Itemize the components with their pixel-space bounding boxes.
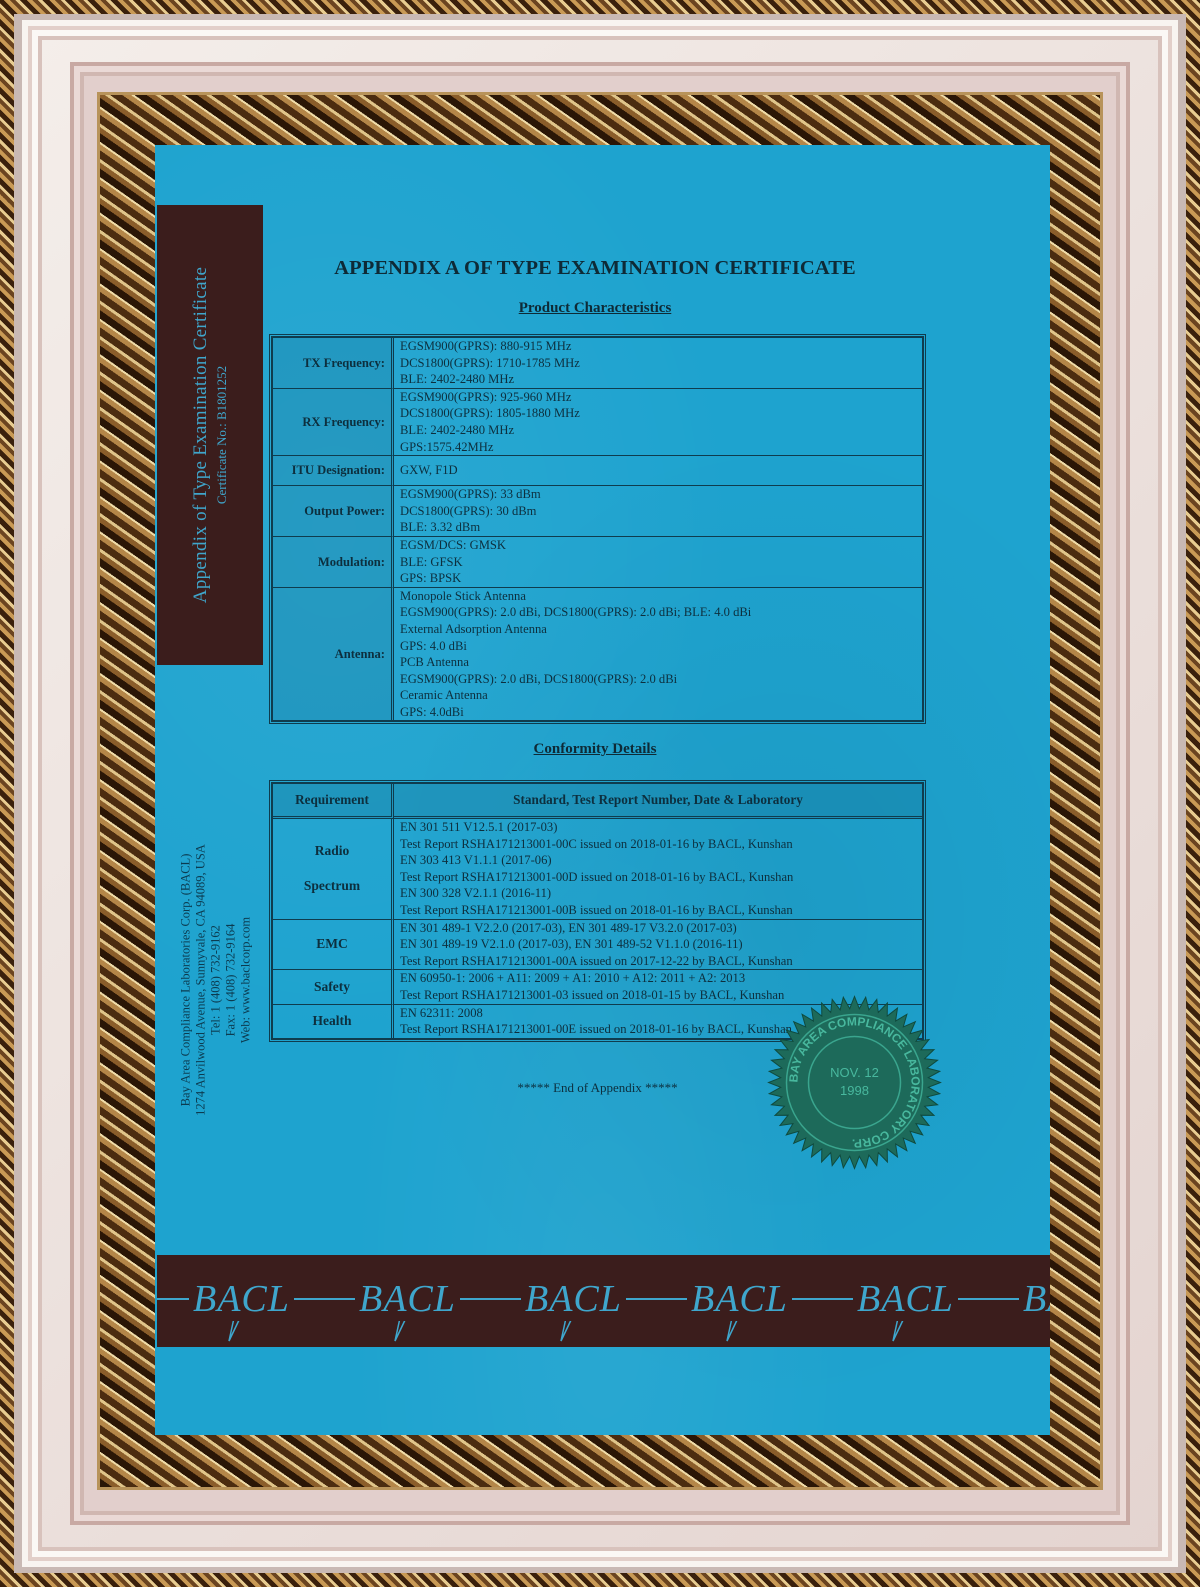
column-header-standard: Standard, Test Report Number, Date & Lab… (394, 784, 922, 819)
requirement-label: Health (273, 1013, 391, 1030)
conformity-details-heading: Conformity Details (275, 741, 915, 758)
lab-street: 1274 Anvilwood Avenue, Sunnyvale, CA 940… (194, 844, 209, 1116)
bacl-logo: BACL (179, 1273, 299, 1333)
table-header-row: Requirement Standard, Test Report Number… (273, 784, 922, 819)
value-line: GPS:1575.42MHz (400, 439, 922, 456)
column-header-requirement: Requirement (273, 784, 394, 819)
end-of-appendix-note: ***** End of Appendix ***** (455, 1080, 740, 1096)
requirement-cell: Safety (273, 970, 394, 1004)
value-line: EN 60950-1: 2006 + A11: 2009 + A1: 2010 … (400, 970, 922, 987)
value-line: Monopole Stick Antenna (400, 588, 922, 605)
value-line: EGSM900(GPRS): 2.0 dBi, DCS1800(GPRS): 2… (400, 671, 922, 688)
certificate-number: Certificate No.: B1801252 (214, 267, 230, 603)
side-band-title: Appendix of Type Examination Certificate (190, 267, 212, 603)
value-line: EGSM/DCS: GMSK (400, 537, 922, 554)
bacl-logo-text: BACL (687, 1277, 792, 1321)
row-label: ITU Designation: (273, 456, 394, 486)
svg-text:1998: 1998 (840, 1083, 869, 1098)
value-line: EGSM900(GPRS): 880-915 MHz (400, 338, 922, 355)
row-label: TX Frequency: (273, 338, 394, 389)
table-row: EMCEN 301 489-1 V2.2.0 (2017-03), EN 301… (273, 920, 922, 971)
value-line: EGSM900(GPRS): 925-960 MHz (400, 389, 922, 406)
table-row: Modulation:EGSM/DCS: GMSKBLE: GFSKGPS: B… (273, 537, 922, 588)
bacl-logo-text: BACL (355, 1277, 460, 1321)
table-row: Antenna:Monopole Stick AntennaEGSM900(GP… (273, 588, 922, 721)
value-line: EN 301 489-19 V2.1.0 (2017-03), EN 301 4… (400, 936, 922, 953)
requirement-cell: RadioSpectrum (273, 819, 394, 920)
row-values: EGSM/DCS: GMSKBLE: GFSKGPS: BPSK (394, 537, 922, 588)
row-values: Monopole Stick AntennaEGSM900(GPRS): 2.0… (394, 588, 922, 721)
value-line: BLE: 3.32 dBm (400, 519, 922, 536)
value-line: EN 301 489-1 V2.2.0 (2017-03), EN 301 48… (400, 920, 922, 937)
table-row: RadioSpectrumEN 301 511 V12.5.1 (2017-03… (273, 819, 922, 920)
value-line: Test Report RSHA171213001-00B issued on … (400, 902, 922, 919)
side-band: Appendix of Type Examination Certificate… (157, 205, 263, 665)
requirement-label: Radio (273, 843, 391, 860)
table-row: RX Frequency:EGSM900(GPRS): 925-960 MHzD… (273, 389, 922, 456)
embossed-seal: BAY AREA COMPLIANCE LABORATORY CORP.NOV.… (767, 995, 942, 1170)
product-characteristics-heading: Product Characteristics (275, 300, 915, 317)
bacl-logo: BACL (511, 1273, 631, 1333)
lab-name: Bay Area Compliance Laboratories Corp. (… (179, 844, 194, 1116)
row-label: Antenna: (273, 588, 394, 721)
lab-address: Bay Area Compliance Laboratories Corp. (… (181, 740, 251, 1220)
value-line: Test Report RSHA171213001-00A issued on … (400, 953, 922, 970)
requirement-label: Spectrum (273, 878, 391, 895)
table-row: ITU Designation:GXW, F1D (273, 456, 922, 486)
product-characteristics-table: TX Frequency:EGSM900(GPRS): 880-915 MHzD… (271, 336, 924, 722)
bacl-logo: BACL (843, 1273, 963, 1333)
value-line: PCB Antenna (400, 654, 922, 671)
seal-icon: BAY AREA COMPLIANCE LABORATORY CORP.NOV.… (767, 995, 942, 1170)
value-line: GPS: BPSK (400, 570, 922, 587)
value-line: GPS: 4.0 dBi (400, 638, 922, 655)
document-title: APPENDIX A OF TYPE EXAMINATION CERTIFICA… (275, 257, 915, 280)
standard-cell: EN 301 489-1 V2.2.0 (2017-03), EN 301 48… (394, 920, 922, 971)
value-line: BLE: 2402-2480 MHz (400, 371, 922, 388)
row-values: EGSM900(GPRS): 33 dBmDCS1800(GPRS): 30 d… (394, 486, 922, 537)
bacl-logo-band: BACLBACLBACLBACLBACLBACL (157, 1255, 1050, 1347)
lab-web: Web: www.baclcorp.com (239, 917, 253, 1043)
bacl-logo: BACL (677, 1273, 797, 1333)
bacl-logo-text: BACL (853, 1277, 958, 1321)
value-line: BLE: GFSK (400, 554, 922, 571)
bacl-logo-text: BACL (1019, 1277, 1050, 1321)
value-line: GXW, F1D (400, 462, 922, 479)
lab-contacts: Tel: 1 (408) 732-9162Fax: 1 (408) 732-91… (209, 844, 254, 1116)
row-label: Output Power: (273, 486, 394, 537)
value-line: EGSM900(GPRS): 33 dBm (400, 486, 922, 503)
bacl-logo: BACL (345, 1273, 465, 1333)
row-values: EGSM900(GPRS): 880-915 MHzDCS1800(GPRS):… (394, 338, 922, 389)
value-line: EN 303 413 V1.1.1 (2017-06) (400, 852, 922, 869)
value-line: EN 301 511 V12.5.1 (2017-03) (400, 819, 922, 836)
value-line: Test Report RSHA171213001-00C issued on … (400, 836, 922, 853)
value-line: EN 300 328 V2.1.1 (2016-11) (400, 885, 922, 902)
svg-text:NOV. 12: NOV. 12 (830, 1065, 879, 1080)
table-row: Output Power:EGSM900(GPRS): 33 dBmDCS180… (273, 486, 922, 537)
bacl-logo-text: BACL (189, 1277, 294, 1321)
lab-tel: Tel: 1 (408) 732-9162 (209, 925, 223, 1035)
bacl-logo: BACL (1009, 1273, 1050, 1333)
row-label: Modulation: (273, 537, 394, 588)
certificate-paper: Appendix of Type Examination Certificate… (155, 145, 1050, 1435)
requirement-label: Safety (273, 979, 391, 996)
row-values: GXW, F1D (394, 456, 922, 486)
value-line: DCS1800(GPRS): 1710-1785 MHz (400, 355, 922, 372)
requirement-cell: EMC (273, 920, 394, 971)
value-line: Ceramic Antenna (400, 687, 922, 704)
bacl-logo-text: BACL (521, 1277, 626, 1321)
value-line: External Adsorption Antenna (400, 621, 922, 638)
requirement-cell: Health (273, 1005, 394, 1038)
row-label: RX Frequency: (273, 389, 394, 456)
value-line: DCS1800(GPRS): 1805-1880 MHz (400, 405, 922, 422)
row-values: EGSM900(GPRS): 925-960 MHzDCS1800(GPRS):… (394, 389, 922, 456)
value-line: Test Report RSHA171213001-00D issued on … (400, 869, 922, 886)
value-line: EGSM900(GPRS): 2.0 dBi, DCS1800(GPRS): 2… (400, 604, 922, 621)
standard-cell: EN 301 511 V12.5.1 (2017-03)Test Report … (394, 819, 922, 920)
lab-fax: Fax: 1 (408) 732-9164 (224, 924, 238, 1037)
value-line: GPS: 4.0dBi (400, 704, 922, 721)
requirement-label: EMC (273, 936, 391, 953)
table-row: TX Frequency:EGSM900(GPRS): 880-915 MHzD… (273, 338, 922, 389)
value-line: BLE: 2402-2480 MHz (400, 422, 922, 439)
value-line: DCS1800(GPRS): 30 dBm (400, 503, 922, 520)
